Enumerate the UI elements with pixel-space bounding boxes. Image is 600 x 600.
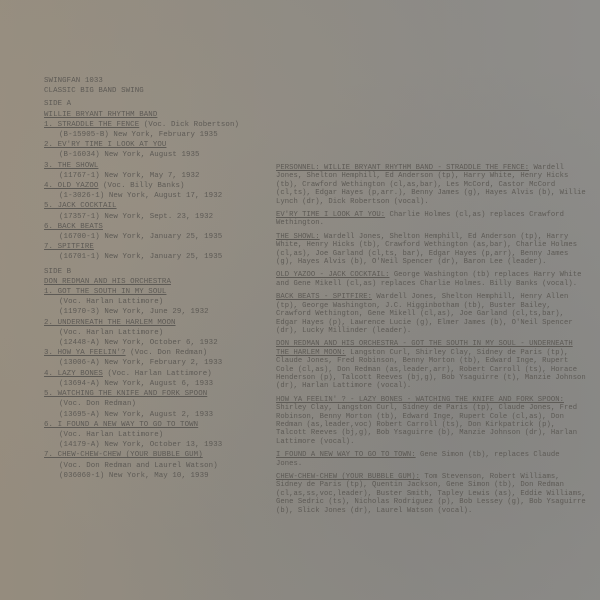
personnel-heading: OLD YAZOO - JACK COCKTAIL:: [276, 271, 389, 279]
track-vocal: (Voc. Don Redman): [44, 399, 274, 409]
track-entry: 3. THE SHOWL (11767-1) New York, May 7, …: [44, 161, 274, 181]
side-a-band: WILLIE BRYANT RHYTHM BAND: [44, 110, 274, 120]
personnel-entry: BACK BEATS - SPITFIRE: Wardell Jones, Sh…: [276, 293, 588, 335]
personnel-heading: HOW YA FEELIN' ? - LAZY BONES - WATCHING…: [276, 396, 564, 404]
track-entry: 4. OLD YAZOO (Voc. Billy Banks) (1-3026-…: [44, 181, 274, 201]
track-entry: 1. STRADDLE THE FENCE (Voc. Dick Roberts…: [44, 120, 274, 140]
track-vocal-inline: (Voc. Harlan Lattimore): [103, 370, 212, 378]
track-vocal-inline: (Voc. Billy Banks): [98, 182, 184, 190]
catalog-label: SWINGFAN 1033: [44, 76, 274, 86]
side-b-tracklist: 1. GOT THE SOUTH IN MY SOUL (Voc. Harlan…: [44, 287, 274, 481]
personnel-entry: DON REDMAN AND HIS ORCHESTRA - GOT THE S…: [276, 340, 588, 390]
liner-notes-sheet: SWINGFAN 1033 CLASSIC BIG BAND SWING SID…: [0, 0, 600, 600]
personnel-entry: THE SHOWL: Wardell Jones, Shelton Hemphi…: [276, 233, 588, 267]
track-entry: 2. UNDERNEATH THE HARLEM MOON (Voc. Harl…: [44, 318, 274, 349]
track-title: 5. JACK COCKTAIL: [44, 202, 117, 210]
track-entry: 5. WATCHING THE KNIFE AND FORK SPOON (Vo…: [44, 389, 274, 420]
track-matrix: (13006-A) New York, February 2, 1933: [44, 358, 274, 368]
album-title: CLASSIC BIG BAND SWING: [44, 86, 274, 96]
track-matrix: (1-3026-1) New York, August 17, 1932: [44, 191, 274, 201]
track-title: 5. WATCHING THE KNIFE AND FORK SPOON: [44, 390, 207, 398]
track-title: 3. HOW YA FEELIN'?: [44, 349, 126, 357]
track-matrix: (036060-1) New York, May 10, 1939: [44, 471, 274, 481]
track-matrix: (B-16034) New York, August 1935: [44, 150, 274, 160]
personnel-entry: OLD YAZOO - JACK COCKTAIL: George Washin…: [276, 271, 588, 288]
track-matrix: (11767-1) New York, May 7, 1932: [44, 171, 274, 181]
track-vocal: (Voc. Harlan Lattimore): [44, 328, 274, 338]
track-entry: 6. I FOUND A NEW WAY TO GO TO TOWN (Voc.…: [44, 420, 274, 451]
track-vocal-inline: (Voc. Don Redman): [126, 349, 208, 357]
track-entry: 6. BACK BEATS (16700-1) New York, Januar…: [44, 222, 274, 242]
track-matrix: (17357-1) New York, Sept. 23, 1932: [44, 212, 274, 222]
side-a-heading: SIDE A: [44, 99, 274, 109]
side-b-heading: SIDE B: [44, 267, 274, 277]
track-matrix: (13695-A) New York, August 2, 1933: [44, 410, 274, 420]
track-title: 1. GOT THE SOUTH IN MY SOUL: [44, 288, 166, 296]
personnel-text: Shirley Clay, Langston Curl, Sidney de P…: [276, 404, 577, 446]
track-entry: 7. CHEW-CHEW-CHEW (YOUR BUBBLE GUM) (Voc…: [44, 450, 274, 481]
personnel-heading: PERSONNEL: WILLIE BRYANT RHYTHM BAND - S…: [276, 164, 529, 172]
track-title: 1. STRADDLE THE FENCE: [44, 121, 139, 129]
personnel-heading: BACK BEATS - SPITFIRE:: [276, 293, 372, 301]
personnel-entry: CHEW-CHEW-CHEW (YOUR BUBBLE GUM): Tom St…: [276, 473, 588, 515]
personnel-text: Wardell Jones, Shelton Hemphill, Ed Ande…: [276, 233, 577, 266]
personnel-heading: I FOUND A NEW WAY TO GO TO TOWN:: [276, 451, 416, 459]
track-title: 2. EV'RY TIME I LOOK AT YOU: [44, 141, 166, 149]
track-matrix: (14179-A) New York, October 13, 1933: [44, 440, 274, 450]
personnel-heading: THE SHOWL:: [276, 233, 320, 241]
personnel-entry: I FOUND A NEW WAY TO GO TO TOWN: Gene Si…: [276, 451, 588, 468]
track-vocal-inline: (Voc. Dick Robertson): [139, 121, 239, 129]
track-vocal: (Voc. Harlan Lattimore): [44, 430, 274, 440]
personnel-entry: EV'RY TIME I LOOK AT YOU: Charlie Holmes…: [276, 211, 588, 228]
track-matrix: (13694-A) New York, August 6, 1933: [44, 379, 274, 389]
track-entry: 3. HOW YA FEELIN'? (Voc. Don Redman) (13…: [44, 348, 274, 368]
track-entry: 5. JACK COCKTAIL (17357-1) New York, Sep…: [44, 201, 274, 221]
personnel-heading: CHEW-CHEW-CHEW (YOUR BUBBLE GUM):: [276, 473, 420, 481]
track-title: 3. THE SHOWL: [44, 162, 98, 170]
track-title: 7. CHEW-CHEW-CHEW (YOUR BUBBLE GUM): [44, 451, 203, 459]
track-matrix: (16700-1) New York, January 25, 1935: [44, 232, 274, 242]
personnel-entry: PERSONNEL: WILLIE BRYANT RHYTHM BAND - S…: [276, 164, 588, 206]
track-matrix: (11970-3) New York, June 29, 1932: [44, 307, 274, 317]
track-title: 4. LAZY BONES: [44, 370, 103, 378]
track-matrix: (16701-1) New York, January 25, 1935: [44, 252, 274, 262]
track-matrix: (B-15905-B) New York, February 1935: [44, 130, 274, 140]
side-b-band: DON REDMAN AND HIS ORCHESTRA: [44, 277, 274, 287]
personnel-column: PERSONNEL: WILLIE BRYANT RHYTHM BAND - S…: [276, 164, 588, 520]
track-title: 7. SPITFIRE: [44, 243, 94, 251]
track-entry: 7. SPITFIRE (16701-1) New York, January …: [44, 242, 274, 262]
track-entry: 4. LAZY BONES (Voc. Harlan Lattimore) (1…: [44, 369, 274, 389]
tracklist-column: SWINGFAN 1033 CLASSIC BIG BAND SWING SID…: [44, 76, 274, 481]
track-entry: 2. EV'RY TIME I LOOK AT YOU (B-16034) Ne…: [44, 140, 274, 160]
track-title: 2. UNDERNEATH THE HARLEM MOON: [44, 319, 176, 327]
track-vocal: (Voc. Don Redman and Laurel Watson): [44, 461, 274, 471]
track-matrix: (12448-A) New York, October 6, 1932: [44, 338, 274, 348]
personnel-entry: HOW YA FEELIN' ? - LAZY BONES - WATCHING…: [276, 396, 588, 446]
track-title: 6. I FOUND A NEW WAY TO GO TO TOWN: [44, 421, 198, 429]
personnel-heading: EV'RY TIME I LOOK AT YOU:: [276, 211, 385, 219]
track-title: 4. OLD YAZOO: [44, 182, 98, 190]
track-vocal: (Voc. Harlan Lattimore): [44, 297, 274, 307]
track-title: 6. BACK BEATS: [44, 223, 103, 231]
track-entry: 1. GOT THE SOUTH IN MY SOUL (Voc. Harlan…: [44, 287, 274, 318]
side-a-tracklist: 1. STRADDLE THE FENCE (Voc. Dick Roberts…: [44, 120, 274, 263]
